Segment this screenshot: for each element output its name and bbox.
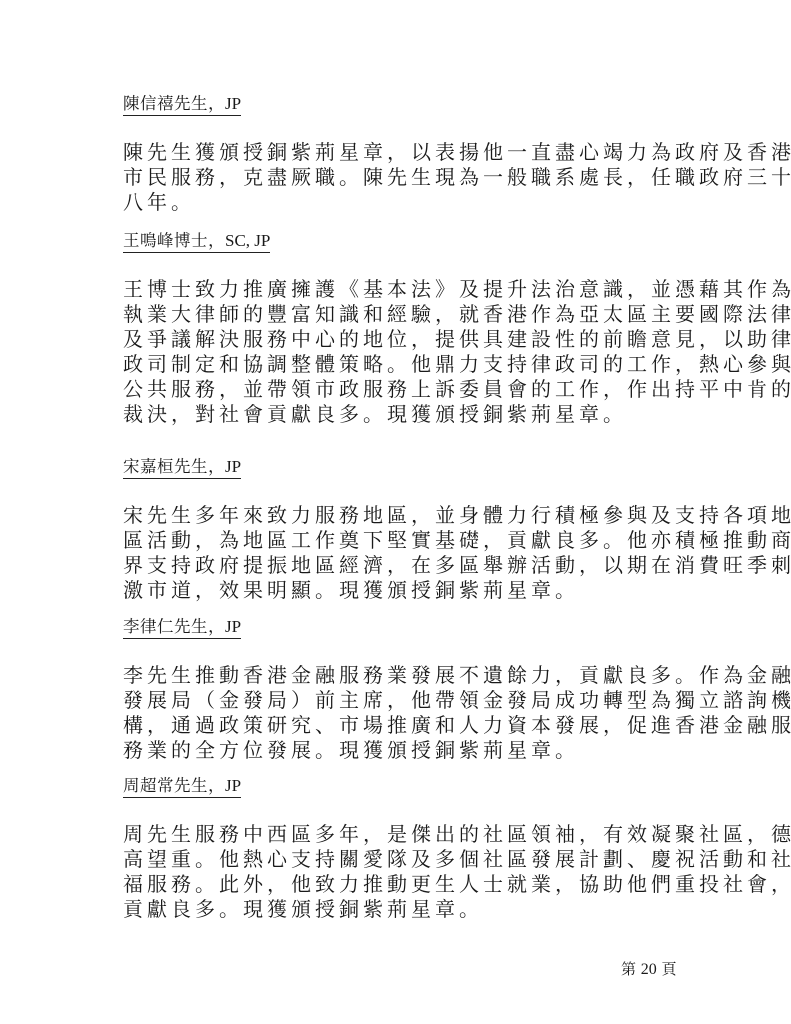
citation-line: 公共服務，並帶領市政服務上訴委員會的工作，作出持平中肯的 — [123, 377, 679, 402]
awardee-section: 周超常先生，JP 周先生服務中西區多年，是傑出的社區領袖，有效凝聚社區，德 高望… — [123, 775, 679, 922]
citation-line: 裁決，對社會貢獻良多。現獲頒授銅紫荊星章。 — [123, 402, 679, 427]
page-number-value: 20 — [641, 961, 657, 978]
awardee-heading: 陳信禧先生，JP — [123, 93, 241, 116]
page-suffix: 頁 — [657, 960, 677, 978]
citation-line: 界支持政府提振地區經濟，在多區舉辦活動，以期在消費旺季刺 — [123, 553, 679, 578]
awardee-name: 陳信禧先生 — [123, 94, 208, 113]
citation-line: 發展局（金發局）前主席，他帶領金發局成功轉型為獨立諮詢機 — [123, 688, 679, 713]
citation-paragraph: 陳先生獲頒授銅紫荊星章，以表揚他一直盡心竭力為政府及香港 市民服務，克盡厥職。陳… — [123, 140, 679, 215]
awardee-name: 李律仁先生 — [123, 617, 208, 636]
citation-line: 李先生推動香港金融服務業發展不遺餘力，貢獻良多。作為金融 — [123, 663, 679, 688]
citation-line: 周先生服務中西區多年，是傑出的社區領袖，有效凝聚社區，德 — [123, 822, 679, 847]
awardee-title: ，SC, JP — [208, 231, 270, 250]
awardee-section: 宋嘉桓先生，JP 宋先生多年來致力服務地區，並身體力行積極參與及支持各項地 區活… — [123, 456, 679, 603]
citation-line: 福服務。此外，他致力推動更生人士就業，協助他們重投社會， — [123, 872, 679, 897]
citation-line: 執業大律師的豐富知識和經驗，就香港作為亞太區主要國際法律 — [123, 302, 679, 327]
citation-line: 貢獻良多。現獲頒授銅紫荊星章。 — [123, 897, 679, 922]
page-prefix: 第 — [621, 960, 641, 978]
page-number: 第 20 頁 — [621, 958, 677, 979]
awardee-heading: 李律仁先生，JP — [123, 616, 241, 639]
citation-line: 陳先生獲頒授銅紫荊星章，以表揚他一直盡心竭力為政府及香港 — [123, 140, 679, 165]
citation-line: 宋先生多年來致力服務地區，並身體力行積極參與及支持各項地 — [123, 503, 679, 528]
citation-line: 務業的全方位發展。現獲頒授銅紫荊星章。 — [123, 738, 679, 763]
citation-paragraph: 王博士致力推廣擁護《基本法》及提升法治意識，並憑藉其作為 執業大律師的豐富知識和… — [123, 277, 679, 427]
awardee-name: 宋嘉桓先生 — [123, 457, 208, 476]
awardee-name: 王鳴峰博士 — [123, 231, 208, 250]
awardee-title: ，JP — [208, 617, 241, 636]
document-page: 陳信禧先生，JP 陳先生獲頒授銅紫荊星章，以表揚他一直盡心竭力為政府及香港 市民… — [0, 0, 791, 1024]
awardee-heading: 周超常先生，JP — [123, 775, 241, 798]
citation-paragraph: 李先生推動香港金融服務業發展不遺餘力，貢獻良多。作為金融 發展局（金發局）前主席… — [123, 663, 679, 763]
awardee-name: 周超常先生 — [123, 776, 208, 795]
awardee-heading: 宋嘉桓先生，JP — [123, 456, 241, 479]
citation-line: 王博士致力推廣擁護《基本法》及提升法治意識，並憑藉其作為 — [123, 277, 679, 302]
citation-line: 市民服務，克盡厥職。陳先生現為一般職系處長，任職政府三十 — [123, 165, 679, 190]
citation-paragraph: 周先生服務中西區多年，是傑出的社區領袖，有效凝聚社區，德 高望重。他熱心支持關愛… — [123, 822, 679, 922]
citation-line: 八年。 — [123, 190, 679, 215]
citation-line: 區活動，為地區工作奠下堅實基礎，貢獻良多。他亦積極推動商 — [123, 528, 679, 553]
citation-line: 高望重。他熱心支持關愛隊及多個社區發展計劃、慶祝活動和社 — [123, 847, 679, 872]
citation-line: 構，通過政策研究、市場推廣和人力資本發展，促進香港金融服 — [123, 713, 679, 738]
awardee-title: ，JP — [208, 457, 241, 476]
awardee-heading: 王鳴峰博士，SC, JP — [123, 230, 270, 253]
citation-line: 激市道，效果明顯。現獲頒授銅紫荊星章。 — [123, 578, 679, 603]
awardee-title: ，JP — [208, 94, 241, 113]
citation-paragraph: 宋先生多年來致力服務地區，並身體力行積極參與及支持各項地 區活動，為地區工作奠下… — [123, 503, 679, 603]
awardee-section: 陳信禧先生，JP 陳先生獲頒授銅紫荊星章，以表揚他一直盡心竭力為政府及香港 市民… — [123, 93, 679, 215]
awardee-title: ，JP — [208, 776, 241, 795]
citation-line: 及爭議解決服務中心的地位，提供具建設性的前瞻意見，以助律 — [123, 327, 679, 352]
awardee-section: 王鳴峰博士，SC, JP 王博士致力推廣擁護《基本法》及提升法治意識，並憑藉其作… — [123, 230, 679, 427]
awardee-section: 李律仁先生，JP 李先生推動香港金融服務業發展不遺餘力，貢獻良多。作為金融 發展… — [123, 616, 679, 763]
citation-line: 政司制定和協調整體策略。他鼎力支持律政司的工作，熱心參與 — [123, 352, 679, 377]
